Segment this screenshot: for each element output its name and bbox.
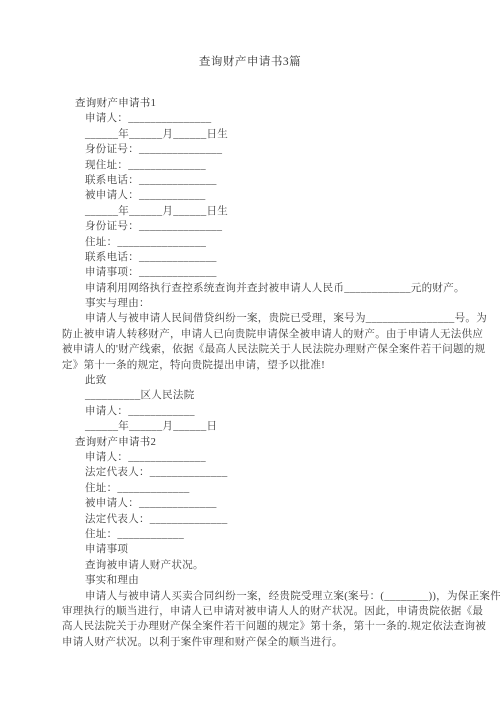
document-line: 申请人：_______________ [62,111,444,126]
document-line: 法定代表人：______________ [62,465,444,480]
document-line: 申请利用网络执行查控系统查询并查封被申请人人民币____________元的财产… [62,281,444,296]
document-line: 法定代表人：______________ [62,512,444,527]
document-line: 被申请人：____________ [62,188,444,203]
document-title: 查询财产申请书3篇 [0,55,500,70]
document-line: __________区人民法院 [62,388,444,403]
document-line: ______年______月______日 [62,419,444,434]
document-line: ______年______月______日生 [62,204,444,219]
document-body: 查询财产申请书1申请人：_____________________年______… [62,96,444,650]
document-line: 联系电话：______________ [62,173,444,188]
document-line: 此致 [62,373,444,388]
document-page: 查询财产申请书3篇 查询财产申请书1申请人：__________________… [0,0,500,707]
document-line: 防止被申请人转移财产，申请人已向贵院申请保全被申请人的财产。由于申请人无法供应 [62,327,444,342]
document-line: 住址：________________ [62,235,444,250]
document-line: 申请人财产状况。以利于案件审理和财产保全的顺当进行。 [62,635,444,650]
document-line: 被申请人：______________ [62,496,444,511]
document-line: 联系电话：______________ [62,250,444,265]
document-line: 身份证号：_______________ [62,142,444,157]
document-line: 高人民法院关于办理财产保全案件若干问题的规定》第十条，第十一条的.规定依法查询被 [62,619,444,634]
document-line: 被申请人的'财产线索，依据《最高人民法院关于人民法院办理财产保全案件若干问题的规 [62,342,444,357]
document-line: 申请人与被申请人买卖合同纠纷一案，经贵院受理立案(案号：(________))，… [62,589,444,604]
document-line: 申请人：____________ [62,404,444,419]
document-line: ______年______月______日生 [62,127,444,142]
document-line: 申请事项：______________ [62,265,444,280]
document-line: 申请人与被申请人民间借贷纠纷一案，贵院已受理，案号为______________… [62,311,444,326]
document-line: 查询被申请人财产状况。 [62,558,444,573]
document-line: 查询财产申请书1 [62,96,444,111]
document-line: 申请事项 [62,542,444,557]
document-line: 定》第十一条的规定，特向贵院提出申请，望予以批准! [62,358,444,373]
document-line: 查询财产申请书2 [62,435,444,450]
document-line: 审理执行的顺当进行，申请人已申请对被申请人人的财产状况。因此，申请贵院依据《最 [62,604,444,619]
document-line: 住址：_____________ [62,481,444,496]
document-line: 事实与理由： [62,296,444,311]
document-line: 事实和理由 [62,573,444,588]
document-line: 现住址：______________ [62,158,444,173]
document-line: 申请人：______________ [62,450,444,465]
document-line: 身份证号：_______________ [62,219,444,234]
document-line: 住址：____________ [62,527,444,542]
